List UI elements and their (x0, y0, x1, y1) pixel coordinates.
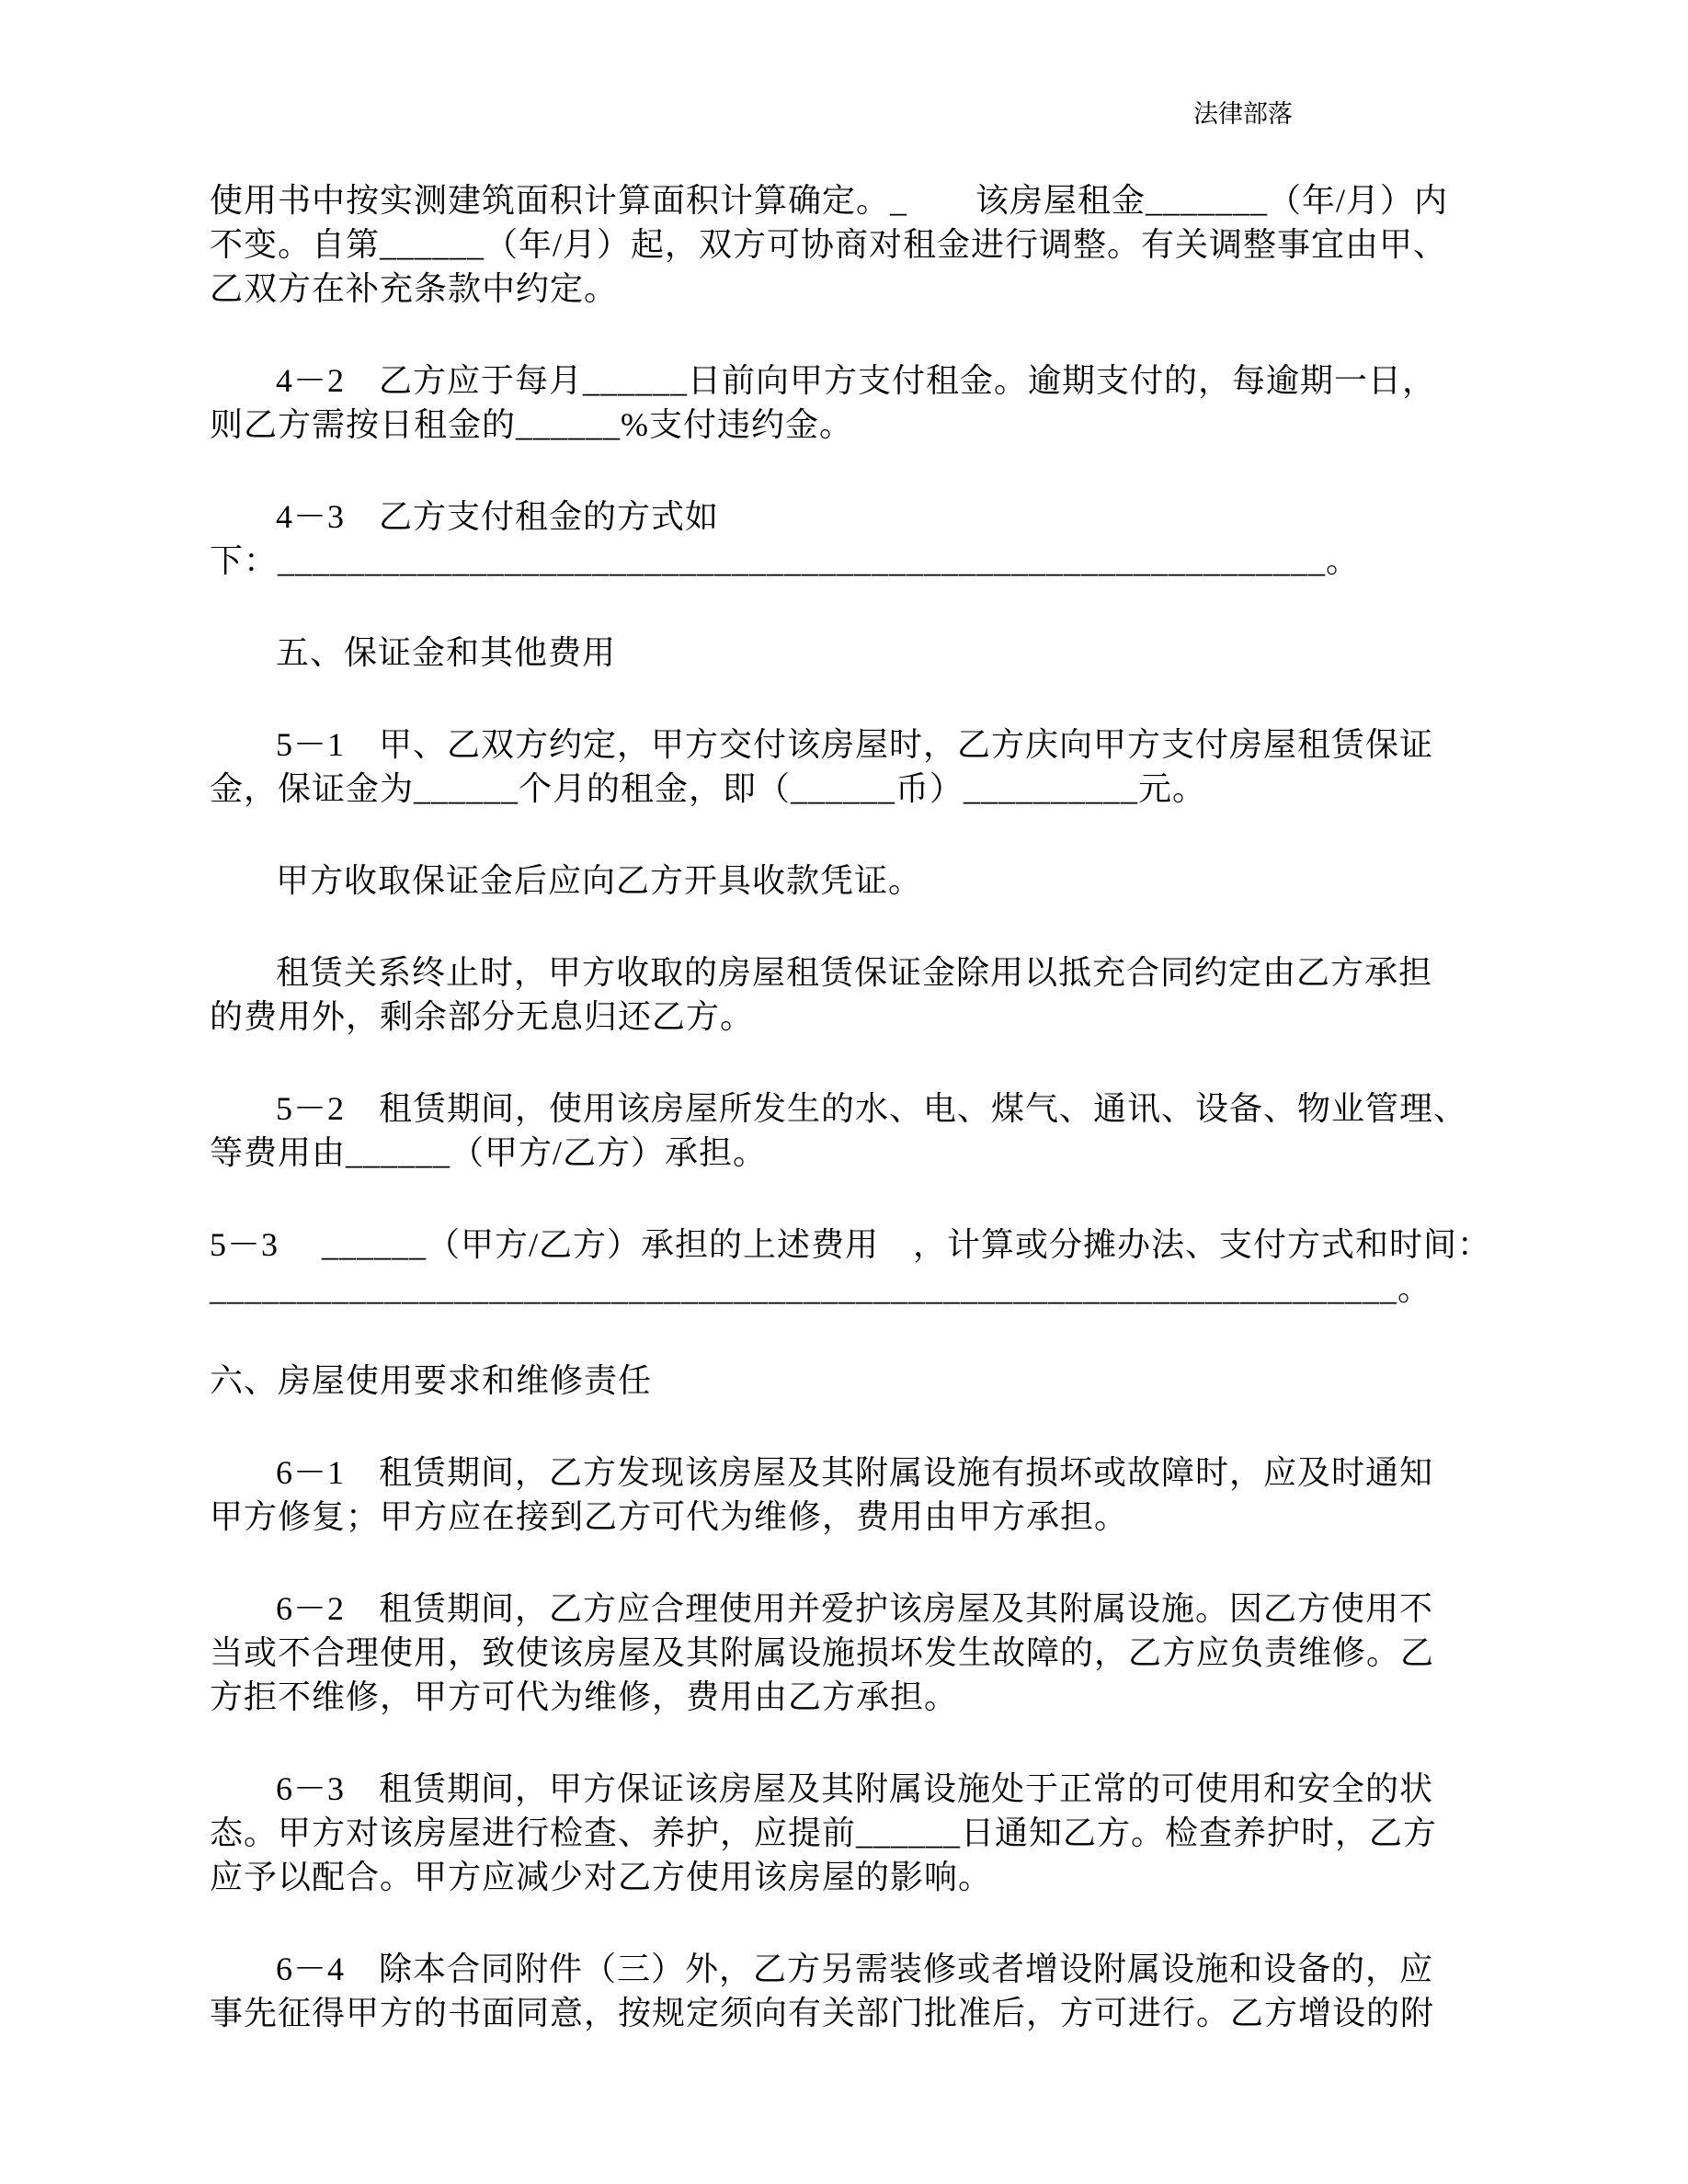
paragraph: 5－2 租赁期间，使用该房屋所发生的水、电、煤气、通讯、设备、物业管理、等费用由… (210, 1086, 1552, 1175)
paragraph-line: 的费用外，剩余部分无息归还乙方。 (210, 995, 1552, 1039)
paragraph: 4－3 乙方支付租金的方式如下：________________________… (210, 495, 1552, 583)
paragraph-line: 不变。自第______（年/月）起，双方可协商对租金进行调整。有关调整事宜由甲、 (210, 222, 1552, 267)
paragraph-line: 6－1 租赁期间，乙方发现该房屋及其附属设施有损坏或故障时，应及时通知 (210, 1450, 1552, 1495)
paragraph-line: 应予以配合。甲方应减少对乙方使用该房屋的影响。 (210, 1855, 1552, 1899)
paragraph-line: 4－2 乙方应于每月______日前向甲方支付租金。逾期支付的，每逾期一日， (210, 358, 1552, 403)
paragraph: 六、房屋使用要求和维修责任 (210, 1359, 1552, 1403)
paragraph-line: 6－3 租赁期间，甲方保证该房屋及其附属设施处于正常的可使用和安全的状 (210, 1767, 1552, 1811)
paragraph: 五、保证金和其他费用 (210, 631, 1552, 675)
document-page: 法律部落 使用书中按实测建筑面积计算面积计算确定。_ 该房屋租金_______（… (0, 0, 1688, 2184)
paragraph-line: 等费用由______（甲方/乙方）承担。 (210, 1131, 1552, 1175)
paragraph-line: 事先征得甲方的书面同意，按规定须向有关部门批准后，方可进行。乙方增设的附 (210, 1991, 1552, 2035)
paragraph-line: 则乙方需按日租金的______%支付违约金。 (210, 403, 1552, 447)
paragraph-line: 甲方修复；甲方应在接到乙方可代为维修，费用由甲方承担。 (210, 1495, 1552, 1539)
paragraph-line: 态。甲方对该房屋进行检查、养护，应提前______日通知乙方。检查养护时，乙方 (210, 1811, 1552, 1855)
paragraph-line: 5－1 甲、乙双方约定，甲方交付该房屋时，乙方庆向甲方支付房屋租赁保证 (210, 722, 1552, 767)
paragraph-line: 6－4 除本合同附件（三）外，乙方另需装修或者增设附属设施和设备的，应 (210, 1947, 1552, 1991)
paragraph-line: 6－2 租赁期间，乙方应合理使用并爱护该房屋及其附属设施。因乙方使用不 (210, 1587, 1552, 1631)
paragraph-line: 当或不合理使用，致使该房屋及其附属设施损坏发生故障的，乙方应负责维修。乙 (210, 1631, 1552, 1675)
paragraph: 租赁关系终止时，甲方收取的房屋租赁保证金除用以抵充合同约定由乙方承担的费用外，剩… (210, 950, 1552, 1039)
paragraph-line: 乙双方在补充条款中约定。 (210, 267, 1552, 311)
paragraph: 6－2 租赁期间，乙方应合理使用并爱护该房屋及其附属设施。因乙方使用不当或不合理… (210, 1587, 1552, 1719)
paragraph-line: 下：______________________________________… (210, 539, 1552, 583)
paragraph: 甲方收取保证金后应向乙方开具收款凭证。 (210, 859, 1552, 903)
paragraph-line: 5－2 租赁期间，使用该房屋所发生的水、电、煤气、通讯、设备、物业管理、 (210, 1086, 1552, 1131)
paragraph-line: 使用书中按实测建筑面积计算面积计算确定。_ 该房屋租金_______（年/月）内 (210, 178, 1552, 222)
paragraph-line: 五、保证金和其他费用 (210, 631, 1552, 675)
paragraph: 6－3 租赁期间，甲方保证该房屋及其附属设施处于正常的可使用和安全的状态。甲方对… (210, 1767, 1552, 1899)
paragraph: 5－1 甲、乙双方约定，甲方交付该房屋时，乙方庆向甲方支付房屋租赁保证金，保证金… (210, 722, 1552, 811)
page-header-brand: 法律部落 (1193, 97, 1293, 131)
paragraph: 5－3 ______（甲方/乙方）承担的上述费用 ，计算或分摊办法、支付方式和时… (210, 1223, 1552, 1311)
paragraph-line: 甲方收取保证金后应向乙方开具收款凭证。 (210, 859, 1552, 903)
paragraph-line: 金，保证金为______个月的租金，即（______币）__________元。 (210, 767, 1552, 811)
paragraph-line: ________________________________________… (210, 1267, 1552, 1311)
paragraph: 使用书中按实测建筑面积计算面积计算确定。_ 该房屋租金_______（年/月）内… (210, 178, 1552, 311)
paragraph-line: 租赁关系终止时，甲方收取的房屋租赁保证金除用以抵充合同约定由乙方承担 (210, 950, 1552, 995)
paragraph-line: 六、房屋使用要求和维修责任 (210, 1359, 1552, 1403)
paragraph-line: 4－3 乙方支付租金的方式如 (210, 495, 1552, 539)
paragraph: 6－4 除本合同附件（三）外，乙方另需装修或者增设附属设施和设备的，应事先征得甲… (210, 1947, 1552, 2035)
paragraph-line: 方拒不维修，甲方可代为维修，费用由乙方承担。 (210, 1675, 1552, 1719)
document-content: 使用书中按实测建筑面积计算面积计算确定。_ 该房屋租金_______（年/月）内… (210, 178, 1552, 2035)
paragraph-line: 5－3 ______（甲方/乙方）承担的上述费用 ，计算或分摊办法、支付方式和时… (210, 1223, 1552, 1267)
paragraph: 4－2 乙方应于每月______日前向甲方支付租金。逾期支付的，每逾期一日，则乙… (210, 358, 1552, 447)
paragraph: 6－1 租赁期间，乙方发现该房屋及其附属设施有损坏或故障时，应及时通知甲方修复；… (210, 1450, 1552, 1539)
